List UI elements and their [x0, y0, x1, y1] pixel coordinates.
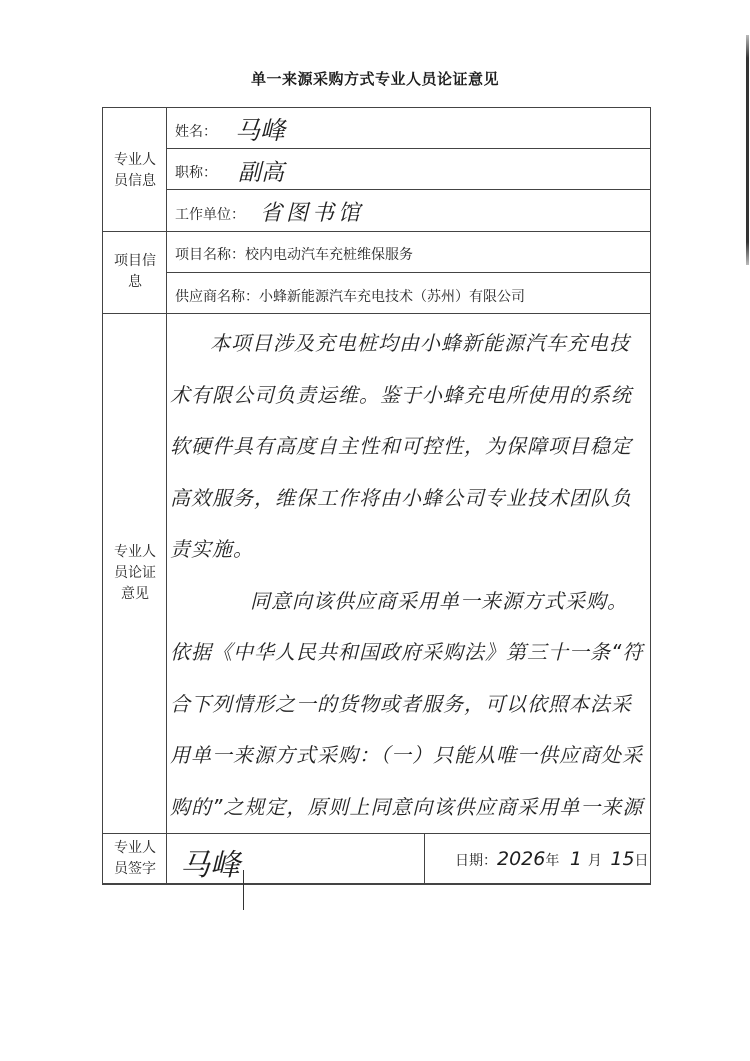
signature-value: 马峰	[180, 840, 240, 884]
name-value: 马峰	[235, 111, 285, 147]
date-day-unit: 日	[635, 853, 649, 869]
date-day: 15	[606, 848, 634, 870]
row-divider	[166, 148, 651, 149]
section-divider	[102, 231, 651, 232]
opinion-paragraph-1: 本项目涉及充电桩均由小蜂新能源汽车充电技术有限公司负责运维。鉴于小蜂充电所使用的…	[170, 318, 648, 576]
row-divider	[166, 189, 651, 190]
title-label: 职称：	[175, 162, 217, 182]
date-year-unit: 年	[545, 853, 559, 869]
date-label: 日期：	[455, 853, 497, 869]
supplier-name: 供应商名称：小蜂新能源汽车充电技术（苏州）有限公司	[175, 286, 525, 306]
opinion-label: 专业人员论证意见	[104, 542, 166, 605]
opinion-body: 本项目涉及充电桩均由小蜂新能源汽车充电技术有限公司负责运维。鉴于小蜂充电所使用的…	[170, 318, 648, 834]
column-divider	[166, 107, 167, 884]
signature-label-text: 专业人员签字	[112, 838, 158, 880]
project-info-label: 项目信息	[104, 251, 166, 293]
signature-label: 专业人员签字	[104, 838, 166, 880]
date-divider	[424, 833, 425, 884]
date-month-unit: 月	[588, 853, 602, 869]
row-divider	[166, 272, 651, 273]
table-border-right	[650, 107, 651, 884]
section-divider	[102, 313, 651, 314]
unit-value: 省图书馆	[260, 196, 364, 227]
document-title: 单一来源采购方式专业人员论证意见	[0, 68, 750, 89]
name-label: 姓名：	[175, 121, 217, 141]
table-border-top	[102, 107, 651, 108]
expert-info-label-text: 专业人员信息	[112, 150, 158, 192]
project-info-label-text: 项目信息	[112, 251, 158, 293]
date-field: 日期：2026年 1月 15日	[455, 848, 649, 870]
date-year: 2026	[497, 848, 545, 870]
project-name: 项目名称：校内电动汽车充桩维保服务	[175, 244, 413, 264]
signature-stroke	[243, 870, 244, 910]
expert-info-label: 专业人员信息	[104, 150, 166, 192]
title-value: 副高	[238, 154, 284, 187]
opinion-paragraph-2: 同意向该供应商采用单一来源方式采购。依据《中华人民共和国政府采购法》第三十一条“…	[170, 576, 648, 834]
opinion-label-text: 专业人员论证意见	[112, 542, 158, 605]
date-month: 1	[564, 848, 588, 870]
unit-label: 工作单位：	[175, 204, 245, 224]
table-border-left	[102, 107, 103, 884]
